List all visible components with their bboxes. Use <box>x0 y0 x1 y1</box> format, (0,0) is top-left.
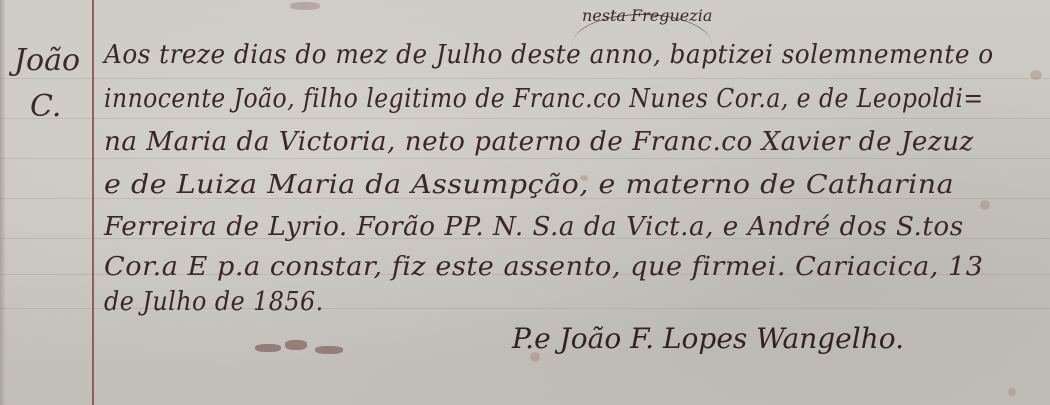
page-edge-shadow <box>0 0 6 405</box>
margin-note-initial: C. <box>30 92 61 122</box>
ink-blot <box>285 340 307 350</box>
text-line-3: na Maria da Victoria, neto paterno de Fr… <box>104 127 974 157</box>
ink-blot <box>290 2 320 10</box>
paper-stain <box>530 352 540 362</box>
text-line-5: Ferreira de Lyrio. Forão PP. N. S.a da V… <box>104 212 964 242</box>
text-line-6: Cor.a E p.a constar, fiz este assento, q… <box>104 252 984 282</box>
text-line-4: e de Luiza Maria da Assumpção, e materno… <box>104 170 954 200</box>
text-line-1: Aos treze dias do mez de Julho deste ann… <box>104 40 994 70</box>
paper-stain <box>1030 70 1042 80</box>
paper-stain <box>580 175 588 181</box>
text-line-7: de Julho de 1856. <box>104 287 324 317</box>
ink-blot <box>315 346 343 354</box>
ruled-line <box>0 158 1050 159</box>
text-line-2: innocente João, filho legitimo de Franc.… <box>104 84 984 114</box>
paper-stain <box>1008 388 1016 396</box>
manuscript-page: João C. nesta Freguezia Aos treze dias d… <box>0 0 1050 405</box>
ruled-line <box>0 118 1050 119</box>
priest-signature: P.e João F. Lopes Wangelho. <box>512 322 904 355</box>
margin-note-name: João <box>14 46 80 76</box>
ink-blot <box>255 344 281 352</box>
paper-stain <box>980 200 990 210</box>
margin-rule <box>92 0 94 405</box>
interlinear-insertion: nesta Freguezia <box>582 6 712 25</box>
ruled-line <box>0 78 1050 79</box>
